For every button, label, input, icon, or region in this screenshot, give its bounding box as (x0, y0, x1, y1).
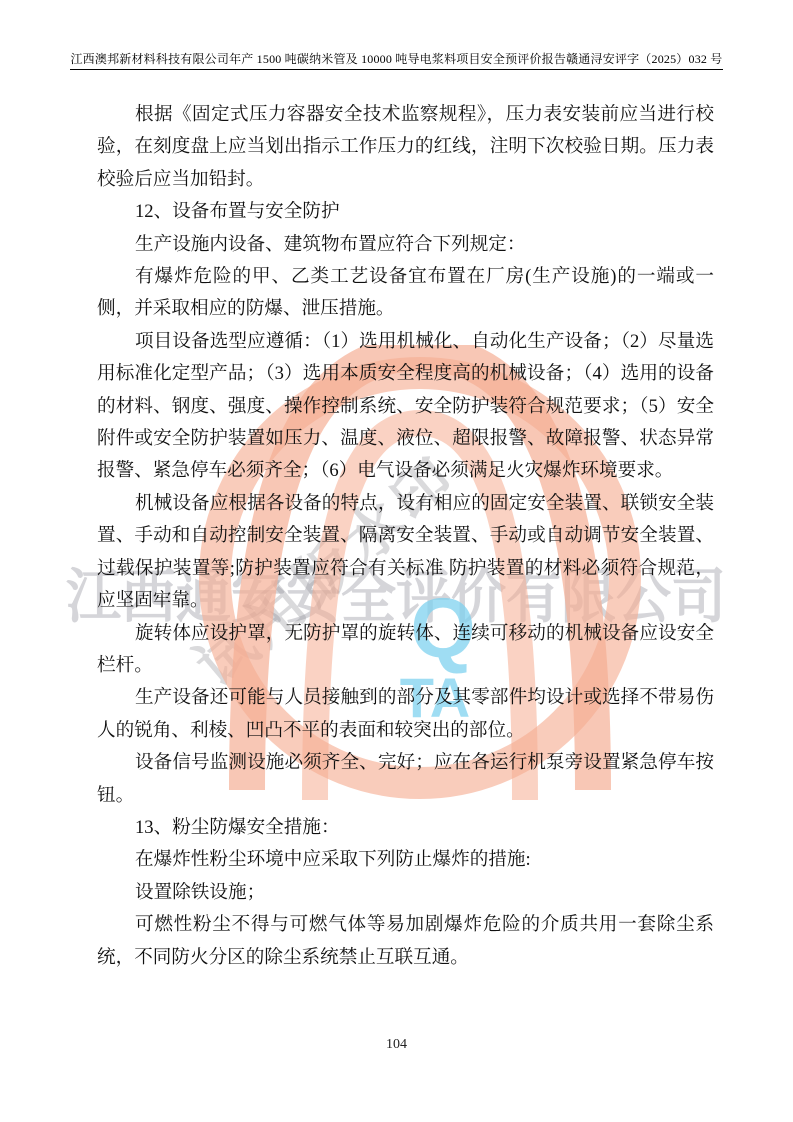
paragraph-section-13-title: 13、粉尘防爆安全措施： (97, 812, 714, 844)
paragraph-dust-explosion-intro: 在爆炸性粉尘环境中应采取下列防止爆炸的措施: (97, 844, 714, 876)
paragraph-explosion-risk-layout: 有爆炸危险的甲、乙类工艺设备宜布置在厂房(生产设施)的一端或一侧，并采取相应的防… (97, 261, 714, 326)
paragraph-layout-rule-intro: 生产设施内设备、建筑物布置应符合下列规定： (97, 229, 714, 261)
paragraph-iron-removal: 设置除铁设施； (97, 877, 714, 909)
document-page: 江西澳邦新材料科技有限公司年产 1500 吨碳纳米管及 10000 吨导电浆料项… (0, 0, 793, 1122)
paragraph-machine-safety-devices: 机械设备应根据各设备的特点，设有相应的固定安全装置、联锁安全装置、手动和自动控制… (97, 488, 714, 618)
paragraph-dust-system-separation: 可燃性粉尘不得与可燃气体等易加剧爆炸危险的介质共用一套除尘系统，不同防火分区的除… (97, 909, 714, 974)
paragraph-section-12-title: 12、设备布置与安全防护 (97, 196, 714, 228)
paragraph-signal-monitoring: 设备信号监测设施必须齐全、完好；应在各运行机泵旁设置紧急停车按钮。 (97, 747, 714, 812)
paragraph-rotating-body-guard: 旋转体应设护罩，无防护罩的旋转体、连续可移动的机械设备应设安全栏杆。 (97, 618, 714, 683)
paragraph-contact-parts-design: 生产设备还可能与人员接触到的部分及其零部件均设计或选择不带易伤人的锐角、利棱、凹… (97, 682, 714, 747)
paragraph-pressure-gauge: 根据《固定式压力容器安全技术监察规程》，压力表安装前应当进行校验，在刻度盘上应当… (97, 99, 714, 196)
document-body: 根据《固定式压力容器安全技术监察规程》，压力表安装前应当进行校验，在刻度盘上应当… (97, 99, 714, 974)
paragraph-equipment-selection: 项目设备选型应遵循：（1）选用机械化、自动化生产设备；（2）尽量选用标准化定型产… (97, 326, 714, 488)
page-number: 104 (0, 1037, 793, 1053)
page-header: 江西澳邦新材料科技有限公司年产 1500 吨碳纳米管及 10000 吨导电浆料项… (34, 50, 759, 67)
header-text: 江西澳邦新材料科技有限公司年产 1500 吨碳纳米管及 10000 吨导电浆料项… (70, 52, 722, 70)
